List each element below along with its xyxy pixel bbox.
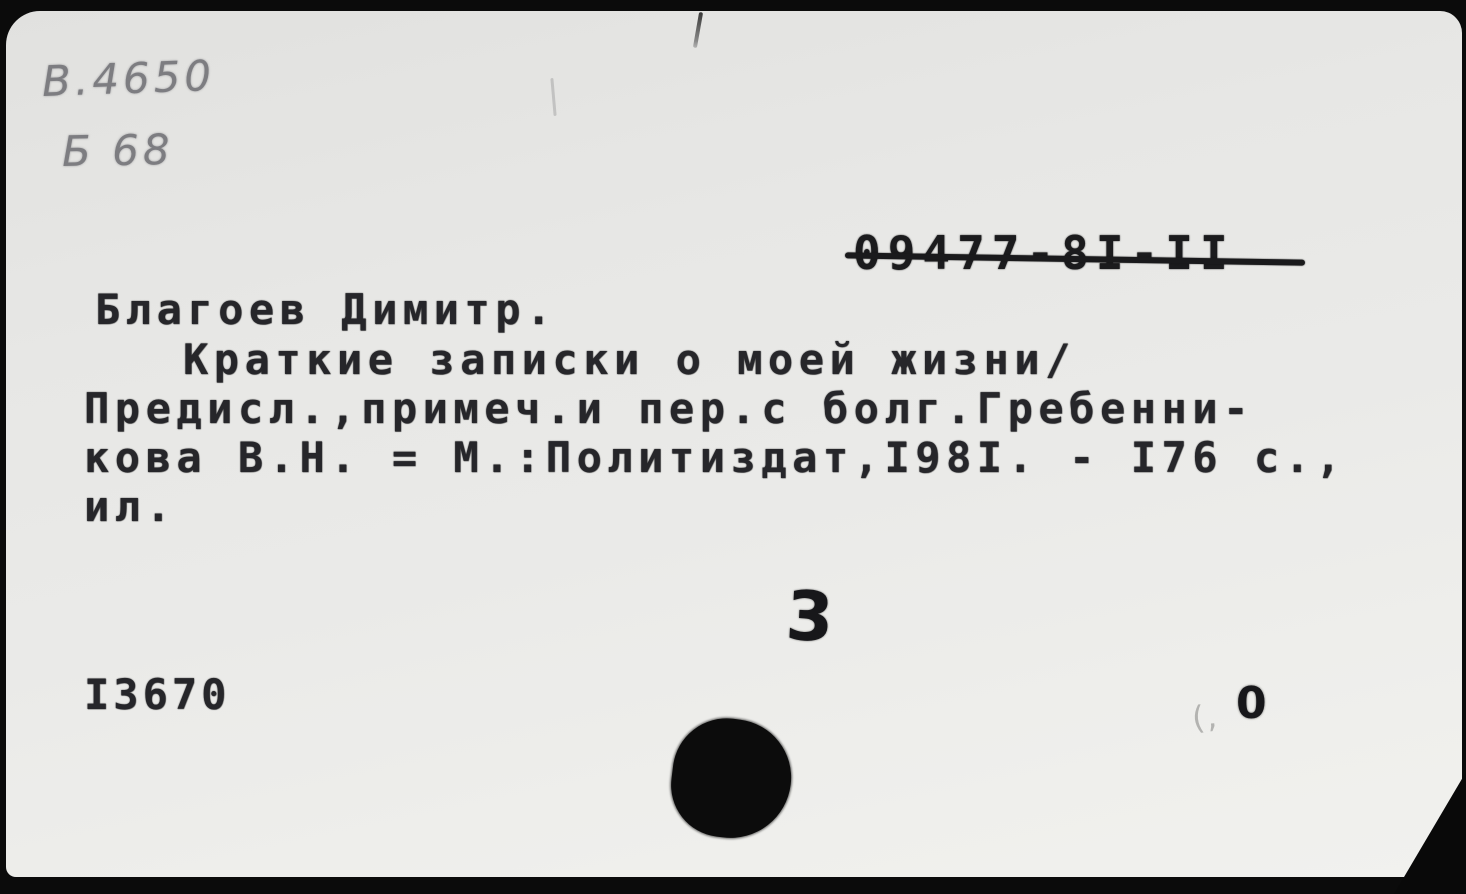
entry-title-line: Краткие записки о моей жизни/ (183, 337, 1076, 383)
inventory-number: I3670 (84, 672, 230, 718)
handwritten-number: 3 (784, 577, 835, 658)
cancelled-code-block: 09477-8I-II (853, 226, 1235, 280)
faint-corner-mark: (, (1190, 697, 1220, 738)
call-number-line2: Б 68 (62, 125, 174, 176)
corner-zero-mark: 0 (1236, 678, 1267, 729)
entry-author-line: Благоев Димитр. (95, 287, 557, 333)
scanned-catalog-card-photo: В.4650 Б 68 09477-8I-II Благоев Димитр. … (0, 0, 1466, 894)
entry-imprint-line1: Предисл.,примеч.и пер.с болг.Гребенни- (84, 386, 1254, 432)
entry-imprint-line3: ил. (84, 484, 176, 530)
entry-imprint-line2: кова В.Н. = М.:Политиздат,I98I. - I76 с.… (84, 435, 1346, 481)
call-number-line1: В.4650 (41, 51, 216, 106)
